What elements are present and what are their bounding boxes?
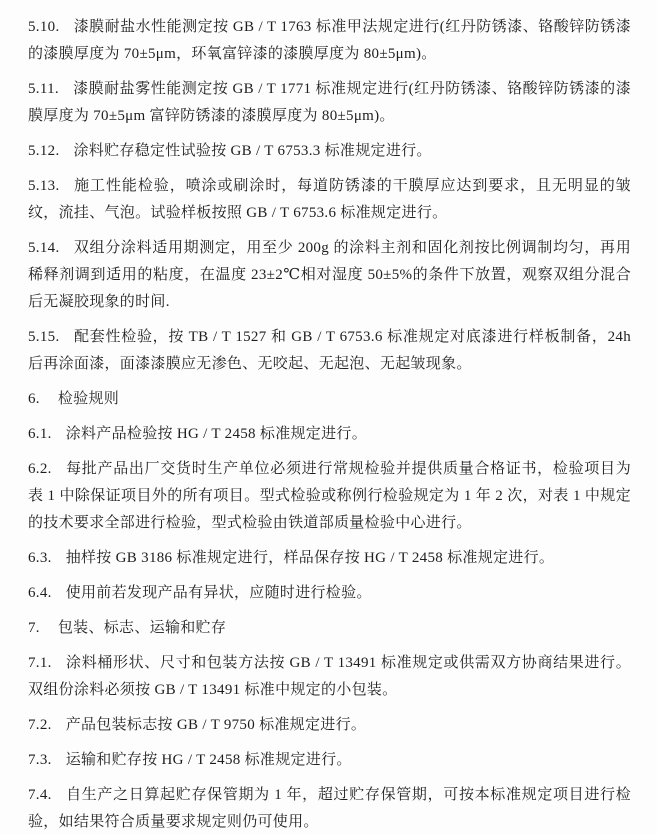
clause-7-2: 7.2.产品包装标志按 GB / T 9750 标准规定进行。	[28, 712, 631, 739]
document-page: 5.10.漆膜耐盐水性能测定按 GB / T 1763 标准甲法规定进行(红丹防…	[0, 0, 657, 834]
clause-text: 自生产之日算起贮存保管期为 1 年，超过贮存保管期，可按本标准规定项目进行检验，…	[28, 787, 631, 830]
clause-number: 6.1.	[28, 421, 52, 448]
clause-text: 涂料桶形状、尺寸和包装方法按 GB / T 13491 标准规定或供需双方协商结…	[28, 655, 631, 698]
clause-text: 漆膜耐盐雾性能测定按 GB / T 1771 标准规定进行(红丹防锈漆、铬酸锌防…	[28, 81, 631, 124]
clause-6-4: 6.4.使用前若发现产品有异状，应随时进行检验。	[28, 580, 631, 607]
clause-text: 运输和贮存按 HG / T 2458 标准规定进行。	[66, 752, 352, 768]
clause-number: 5.14.	[28, 235, 60, 262]
clause-number: 6.3.	[28, 545, 52, 572]
clause-7-4: 7.4.自生产之日算起贮存保管期为 1 年，超过贮存保管期，可按本标准规定项目进…	[28, 782, 631, 834]
clause-text: 漆膜耐盐水性能测定按 GB / T 1763 标准甲法规定进行(红丹防锈漆、铬酸…	[28, 19, 631, 62]
clause-number: 7.	[28, 615, 40, 642]
clause-6-2: 6.2.每批产品出厂交货时生产单位必须进行常规检验并提供质量合格证书，检验项目为…	[28, 456, 631, 537]
clause-text: 涂料贮存稳定性试验按 GB / T 6753.3 标准规定进行。	[74, 143, 432, 159]
clause-number: 6.	[28, 386, 40, 413]
clause-5-15: 5.15.配套性检验，按 TB / T 1527 和 GB / T 6753.6…	[28, 324, 631, 378]
clause-number: 5.10.	[28, 14, 60, 41]
clause-text: 施工性能检验，喷涂或刷涂时，每道防锈漆的干膜厚应达到要求，且无明显的皱纹，流挂、…	[28, 178, 631, 221]
clause-text: 抽样按 GB 3186 标准规定进行，样品保存按 HG / T 2458 标准规…	[66, 550, 555, 566]
clause-text: 配套性检验，按 TB / T 1527 和 GB / T 6753.6 标准规定…	[28, 329, 631, 372]
clause-6-3: 6.3.抽样按 GB 3186 标准规定进行，样品保存按 HG / T 2458…	[28, 545, 631, 572]
clause-number: 7.4.	[28, 782, 52, 809]
clause-number: 5.11.	[28, 76, 59, 103]
clause-7-1: 7.1.涂料桶形状、尺寸和包装方法按 GB / T 13491 标准规定或供需双…	[28, 650, 631, 704]
clause-number: 7.3.	[28, 747, 52, 774]
clause-number: 6.2.	[28, 456, 52, 483]
section-title: 包装、标志、运输和贮存	[58, 620, 226, 636]
clause-7-3: 7.3.运输和贮存按 HG / T 2458 标准规定进行。	[28, 747, 631, 774]
clause-number: 7.1.	[28, 650, 52, 677]
clause-5-14: 5.14.双组分涂料适用期测定，用至少 200g 的涂料主剂和固化剂按比例调制均…	[28, 235, 631, 316]
clause-6-1: 6.1.涂料产品检验按 HG / T 2458 标准规定进行。	[28, 421, 631, 448]
clause-text: 涂料产品检验按 HG / T 2458 标准规定进行。	[66, 426, 367, 442]
clause-text: 双组分涂料适用期测定，用至少 200g 的涂料主剂和固化剂按比例调制均匀，再用稀…	[28, 240, 631, 310]
clause-5-12: 5.12.涂料贮存稳定性试验按 GB / T 6753.3 标准规定进行。	[28, 138, 631, 165]
section-7-heading: 7.包装、标志、运输和贮存	[28, 615, 631, 642]
section-6-heading: 6.检验规则	[28, 386, 631, 413]
clause-number: 5.15.	[28, 324, 60, 351]
clause-number: 6.4.	[28, 580, 52, 607]
clause-text: 产品包装标志按 GB / T 9750 标准规定进行。	[66, 717, 366, 733]
clause-number: 5.13.	[28, 173, 60, 200]
clause-text: 每批产品出厂交货时生产单位必须进行常规检验并提供质量合格证书，检验项目为表 1 …	[28, 461, 631, 531]
clause-number: 7.2.	[28, 712, 52, 739]
clause-text: 使用前若发现产品有异状，应随时进行检验。	[66, 585, 372, 601]
clause-5-11: 5.11.漆膜耐盐雾性能测定按 GB / T 1771 标准规定进行(红丹防锈漆…	[28, 76, 631, 130]
clause-5-10: 5.10.漆膜耐盐水性能测定按 GB / T 1763 标准甲法规定进行(红丹防…	[28, 14, 631, 68]
clause-number: 5.12.	[28, 138, 60, 165]
clause-5-13: 5.13.施工性能检验，喷涂或刷涂时，每道防锈漆的干膜厚应达到要求，且无明显的皱…	[28, 173, 631, 227]
section-title: 检验规则	[58, 391, 119, 407]
